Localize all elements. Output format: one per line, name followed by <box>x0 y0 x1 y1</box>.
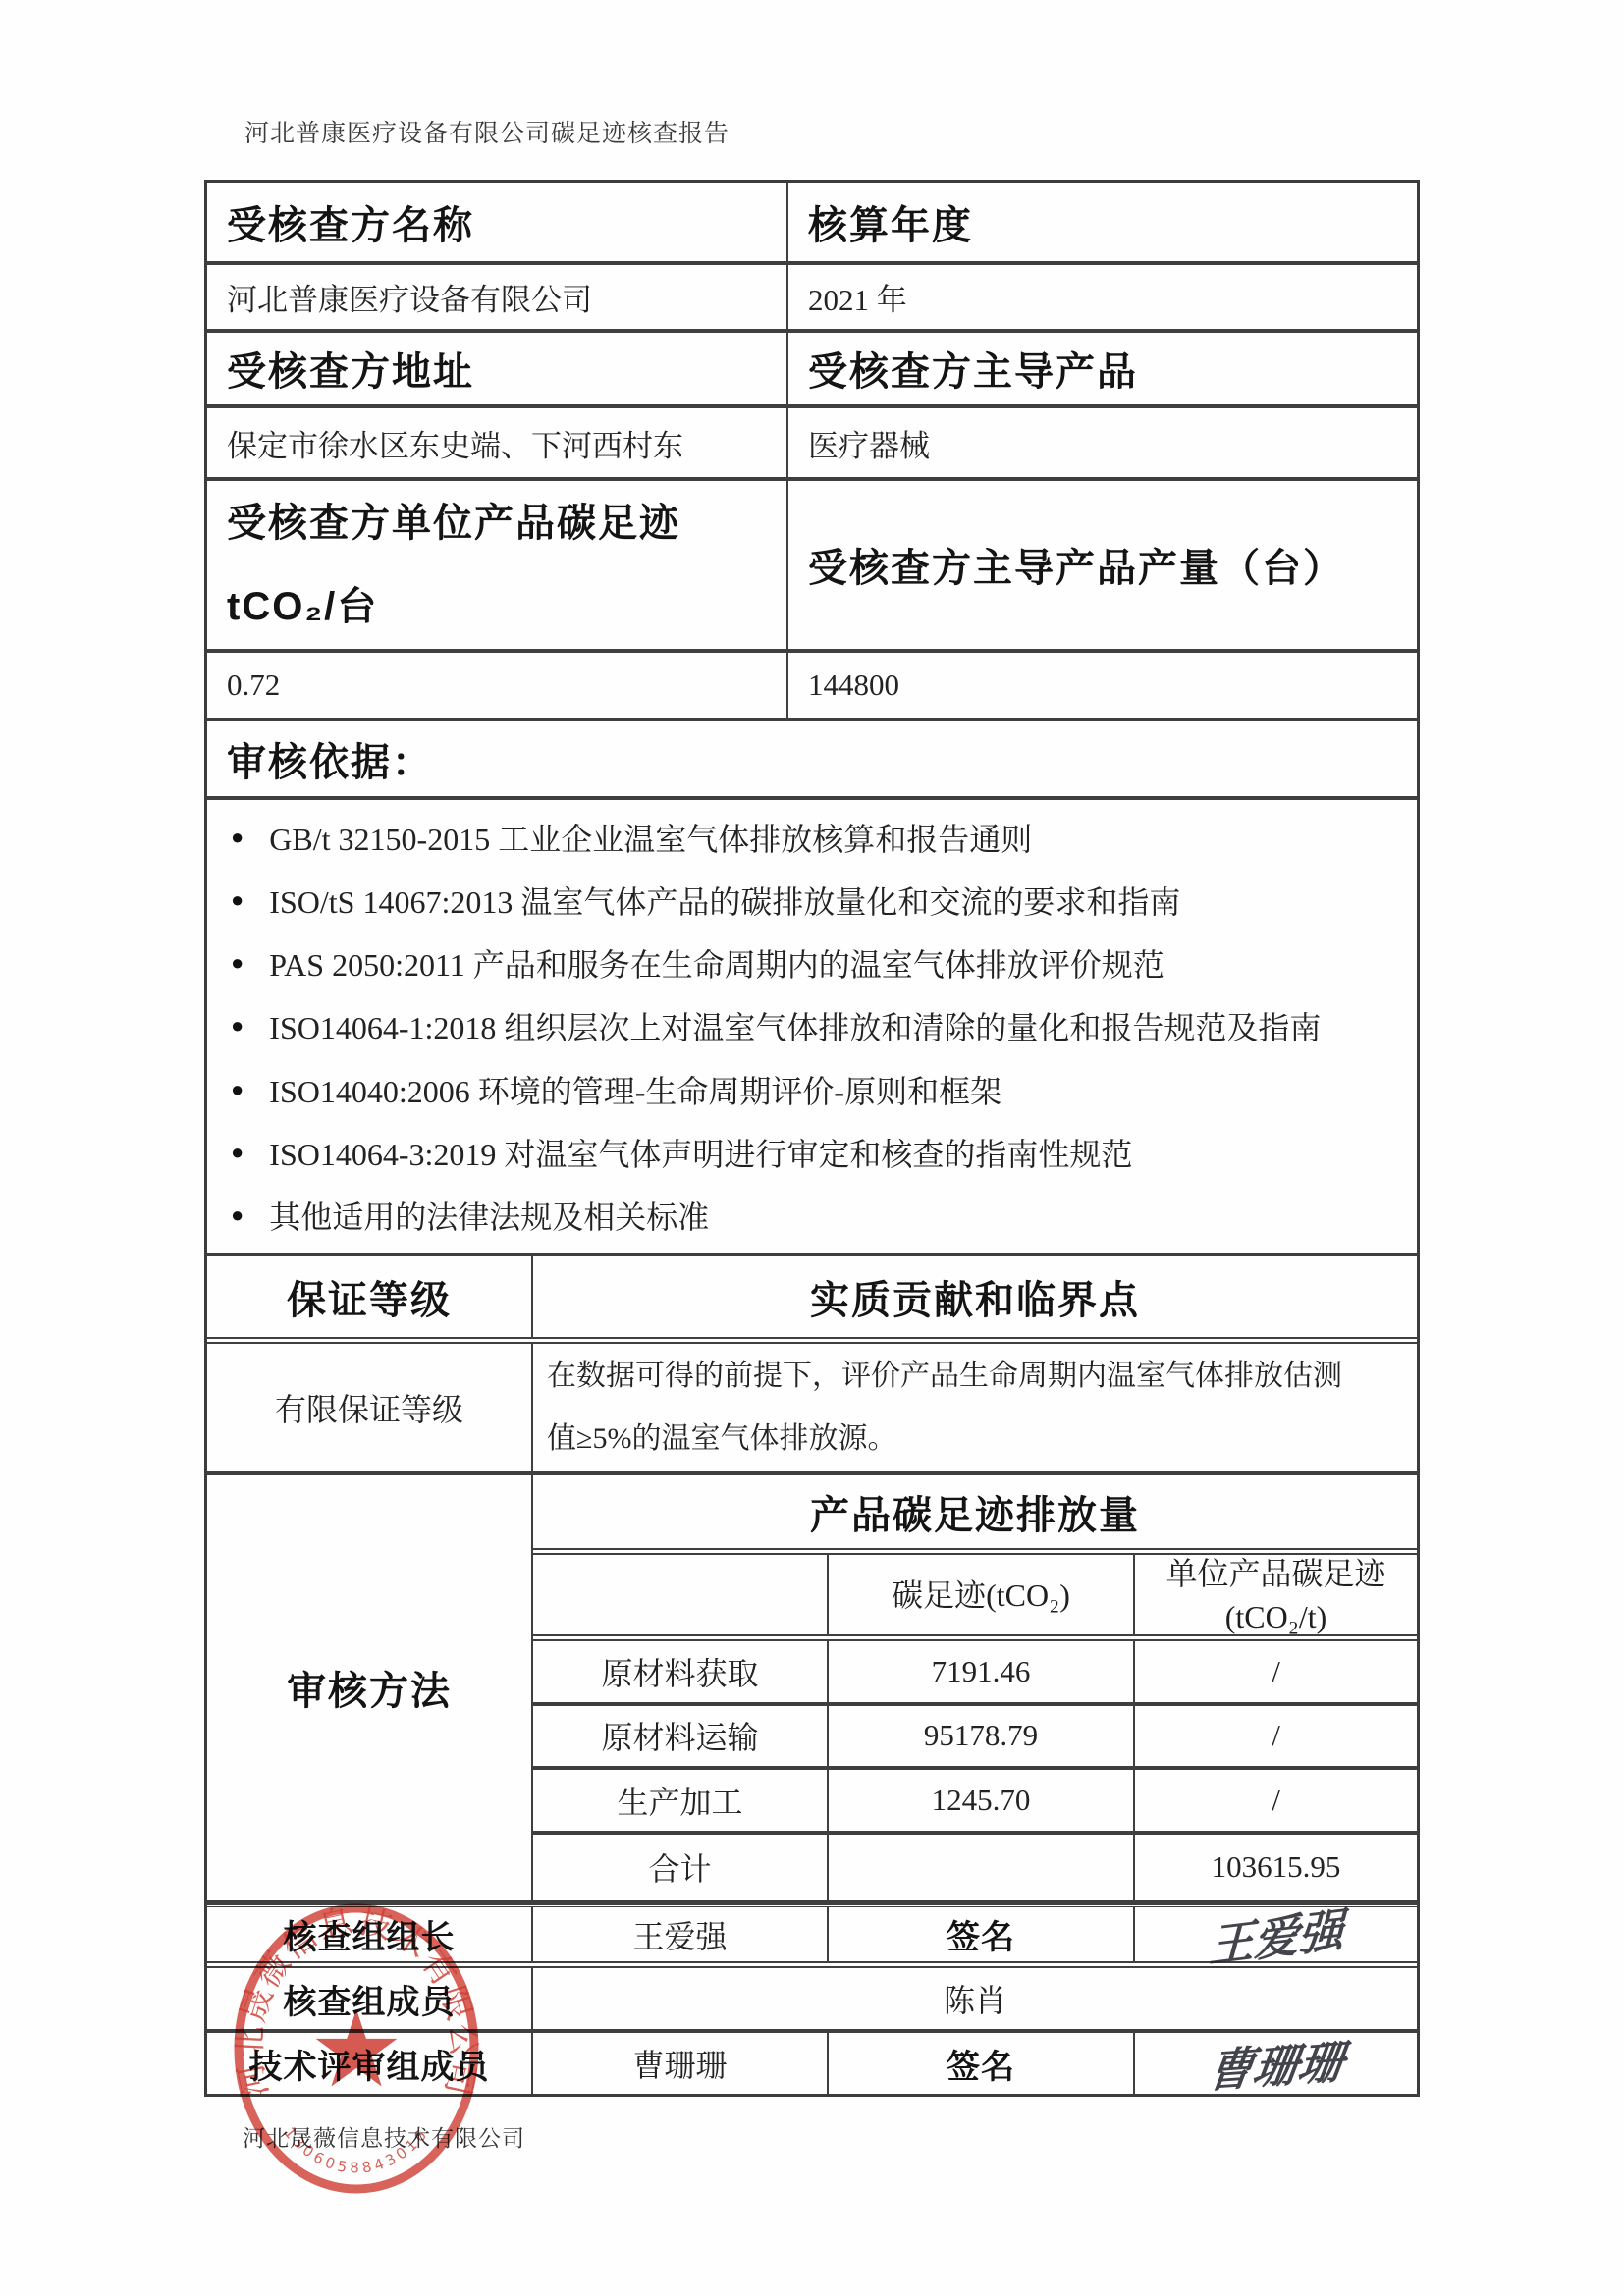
total-footprint-empty <box>829 1835 1135 1900</box>
total-unit-value: 103615.95 <box>1135 1835 1417 1900</box>
label-signature: 签名 <box>829 2033 1135 2094</box>
stage-unit-value: / <box>1135 1706 1417 1765</box>
value-materiality-text: 在数据可得的前提下，评价产品生命周期内温室气体排放估测值≥5%的温室气体排放源。 <box>533 1344 1417 1471</box>
list-item: ●ISO14064-1:2018 组织层次上对温室气体排放和清除的量化和报告规范… <box>207 994 1417 1057</box>
list-item: ●ISO/tS 14067:2013 温室气体产品的碳排放量化和交流的要求和指南 <box>207 869 1417 932</box>
stage-unit-value: / <box>1135 1641 1417 1702</box>
emissions-table: 产品碳足迹排放量 碳足迹(tCO₂) 单位产品碳足迹 (tCO₂/t) 原材料获… <box>533 1475 1417 1900</box>
table-row: 审核依据： <box>207 721 1417 800</box>
column-header-unit-footprint: 单位产品碳足迹 (tCO₂/t) <box>1135 1555 1417 1634</box>
label-assurance-level: 保证等级 <box>207 1256 533 1337</box>
reviewer-name: 曹珊珊 <box>533 2033 829 2094</box>
stage-footprint-value: 95178.79 <box>829 1706 1135 1765</box>
audit-basis-text: ISO14040:2006 环境的管理-生命周期评价-原则和框架 <box>269 1067 1001 1112</box>
table-row: ●GB/t 32150-2015 工业企业温室气体排放核算和报告通则 ●ISO/… <box>207 800 1417 1256</box>
bullet-icon: ● <box>231 950 244 976</box>
emissions-header-row: 碳足迹(tCO₂) 单位产品碳足迹 (tCO₂/t) <box>533 1555 1417 1641</box>
bullet-icon: ● <box>231 1202 244 1228</box>
list-item: ●ISO14064-3:2019 对温室气体声明进行审定和核查的指南性规范 <box>207 1121 1417 1184</box>
label-audit-method: 审核方法 <box>207 1475 533 1900</box>
stage-name: 原材料运输 <box>533 1706 829 1765</box>
audit-basis-text: ISO14064-3:2019 对温室气体声明进行审定和核查的指南性规范 <box>269 1130 1132 1175</box>
table-row: 有限保证等级 在数据可得的前提下，评价产品生命周期内温室气体排放估测值≥5%的温… <box>207 1344 1417 1475</box>
value-main-product: 医疗器械 <box>788 408 1417 477</box>
emissions-table-title: 产品碳足迹排放量 <box>533 1475 1417 1548</box>
table-row: 河北普康医疗设备有限公司 2021 年 <box>207 265 1417 333</box>
company-seal-stamp: ★ 河北晟薇信息技术有限公司 1306058843016 <box>209 1890 504 2214</box>
list-item: ●其他适用的法律法规及相关标准 <box>207 1184 1417 1247</box>
audit-basis-list: ●GB/t 32150-2015 工业企业温室气体排放核算和报告通则 ●ISO/… <box>207 800 1417 1253</box>
stage-name: 生产加工 <box>533 1770 829 1831</box>
column-header-unit-line1: 单位产品碳足迹 <box>1165 1552 1385 1595</box>
value-unit-product-footprint: 0.72 <box>207 653 788 718</box>
stage-footprint-value: 7191.46 <box>829 1641 1135 1702</box>
emissions-header-empty-cell <box>533 1555 829 1634</box>
value-product-output: 144800 <box>788 653 1417 718</box>
emissions-data-row: 原材料运输 95178.79 / <box>533 1706 1417 1769</box>
label-product-output: 受核查方主导产品产量（台） <box>788 481 1417 649</box>
emissions-title-row: 产品碳足迹排放量 <box>533 1475 1417 1555</box>
table-row: 审核方法 产品碳足迹排放量 碳足迹(tCO₂) 单位产品碳足迹 (tCO₂/t) <box>207 1475 1417 1904</box>
star-icon: ★ <box>309 1989 405 2111</box>
audit-basis-text: ISO14064-1:2018 组织层次上对温室气体排放和清除的量化和报告规范及… <box>269 1003 1321 1048</box>
member-name: 陈肖 <box>533 1968 1417 2029</box>
list-item: ●ISO14040:2006 环境的管理-生命周期评价-原则和框架 <box>207 1058 1417 1121</box>
table-row: 受核查方单位产品碳足迹 tCO₂/台 受核查方主导产品产量（台） <box>207 481 1417 653</box>
table-row: 0.72 144800 <box>207 653 1417 721</box>
stage-name: 原材料获取 <box>533 1641 829 1702</box>
list-item: ●PAS 2050:2011 产品和服务在生命周期内的温室气体排放评价规范 <box>207 932 1417 994</box>
column-header-unit-line2: (tCO₂/t) <box>1165 1595 1385 1638</box>
table-row: 保证等级 实质贡献和临界点 <box>207 1256 1417 1344</box>
label-audited-party-address: 受核查方地址 <box>207 333 788 404</box>
table-row: 受核查方名称 核算年度 <box>207 183 1417 265</box>
label-unit-product-footprint: 受核查方单位产品碳足迹 tCO₂/台 <box>207 481 788 649</box>
emissions-data-row: 生产加工 1245.70 / <box>533 1770 1417 1835</box>
stage-unit-value: / <box>1135 1770 1417 1831</box>
value-audited-party-name: 河北普康医疗设备有限公司 <box>207 265 788 329</box>
audit-basis-text: GB/t 32150-2015 工业企业温室气体排放核算和报告通则 <box>269 815 1032 860</box>
value-accounting-year: 2021 年 <box>788 265 1417 329</box>
audit-basis-text: ISO/tS 14067:2013 温室气体产品的碳排放量化和交流的要求和指南 <box>269 878 1180 923</box>
bullet-icon: ● <box>231 887 244 913</box>
label-audit-basis: 审核依据： <box>207 721 1417 796</box>
leader-signature-cell: 王爱强 <box>1135 1907 1417 1961</box>
audit-basis-text: PAS 2050:2011 产品和服务在生命周期内的温室气体排放评价规范 <box>269 940 1164 986</box>
label-main-product: 受核查方主导产品 <box>788 333 1417 404</box>
label-materiality: 实质贡献和临界点 <box>533 1256 1417 1337</box>
bullet-icon: ● <box>231 1077 244 1102</box>
handwritten-signature: 曹珊珊 <box>1204 2026 1348 2101</box>
table-row: 保定市徐水区东史端、下河西村东 医疗器械 <box>207 408 1417 481</box>
emissions-total-row: 合计 103615.95 <box>533 1835 1417 1900</box>
emissions-data-row: 原材料获取 7191.46 / <box>533 1641 1417 1706</box>
stage-footprint-value: 1245.70 <box>829 1770 1135 1831</box>
leader-name: 王爱强 <box>533 1907 829 1961</box>
document-header-title: 河北普康医疗设备有限公司碳足迹核查报告 <box>244 114 730 149</box>
value-assurance-level: 有限保证等级 <box>207 1344 533 1471</box>
table-row: 受核查方地址 受核查方主导产品 <box>207 333 1417 408</box>
bullet-icon: ● <box>231 1140 244 1165</box>
label-accounting-year: 核算年度 <box>788 183 1417 261</box>
handwritten-signature: 王爱强 <box>1208 1894 1344 1976</box>
value-audited-party-address: 保定市徐水区东史端、下河西村东 <box>207 408 788 477</box>
list-item: ●GB/t 32150-2015 工业企业温室气体排放核算和报告通则 <box>207 806 1417 869</box>
bullet-icon: ● <box>231 1013 244 1039</box>
audit-basis-text: 其他适用的法律法规及相关标准 <box>269 1193 709 1238</box>
column-header-footprint: 碳足迹(tCO₂) <box>829 1555 1135 1634</box>
verification-info-table: 受核查方名称 核算年度 河北普康医疗设备有限公司 2021 年 受核查方地址 受… <box>204 180 1420 2097</box>
bullet-icon: ● <box>231 825 244 850</box>
label-signature: 签名 <box>829 1907 1135 1961</box>
scanned-report-page: 河北普康医疗设备有限公司碳足迹核查报告 受核查方名称 核算年度 河北普康医疗设备… <box>0 0 1624 2296</box>
reviewer-signature-cell: 曹珊珊 <box>1135 2033 1417 2094</box>
total-label: 合计 <box>533 1835 829 1900</box>
label-audited-party-name: 受核查方名称 <box>207 183 788 261</box>
